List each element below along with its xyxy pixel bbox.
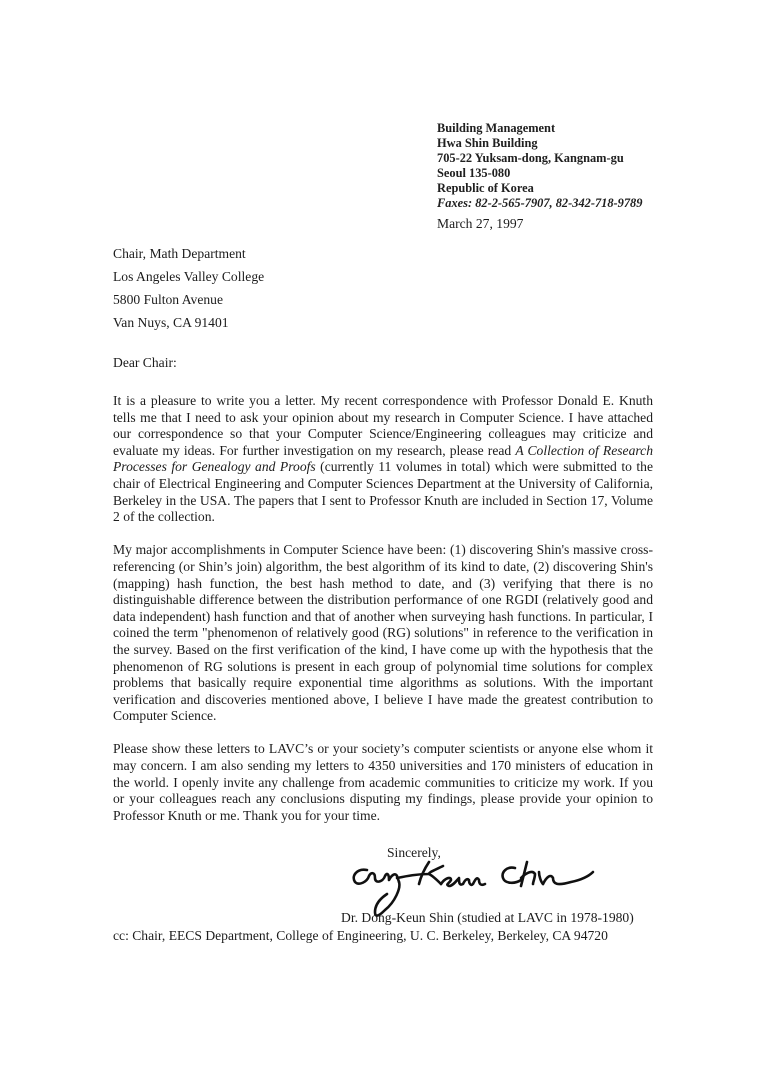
recipient-line: Van Nuys, CA 91401 bbox=[113, 311, 264, 334]
recipient-line: Los Angeles Valley College bbox=[113, 265, 264, 288]
sender-line: Hwa Shin Building bbox=[437, 136, 642, 151]
cc-line: cc: Chair, EECS Department, College of E… bbox=[113, 928, 608, 944]
body-paragraph-3: Please show these letters to LAVC’s or y… bbox=[113, 741, 653, 824]
letter-body: It is a pleasure to write you a letter. … bbox=[113, 393, 653, 841]
recipient-line: 5800 Fulton Avenue bbox=[113, 288, 264, 311]
sender-line: Republic of Korea bbox=[437, 181, 642, 196]
body-paragraph-2: My major accomplishments in Computer Sci… bbox=[113, 542, 653, 725]
sender-line: Seoul 135-080 bbox=[437, 166, 642, 181]
letter-date: March 27, 1997 bbox=[437, 216, 523, 232]
recipient-address-block: Chair, Math Department Los Angeles Valle… bbox=[113, 242, 264, 334]
sender-address-block: Building Management Hwa Shin Building 70… bbox=[437, 121, 642, 211]
sender-line: 705-22 Yuksam-dong, Kangnam-gu bbox=[437, 151, 642, 166]
recipient-line: Chair, Math Department bbox=[113, 242, 264, 265]
sender-line: Building Management bbox=[437, 121, 642, 136]
salutation: Dear Chair: bbox=[113, 355, 177, 371]
body-paragraph-1: It is a pleasure to write you a letter. … bbox=[113, 393, 653, 526]
signer-name: Dr. Dong-Keun Shin (studied at LAVC in 1… bbox=[341, 910, 634, 926]
sender-fax: Faxes: 82-2-565-7907, 82-342-718-9789 bbox=[437, 196, 642, 211]
